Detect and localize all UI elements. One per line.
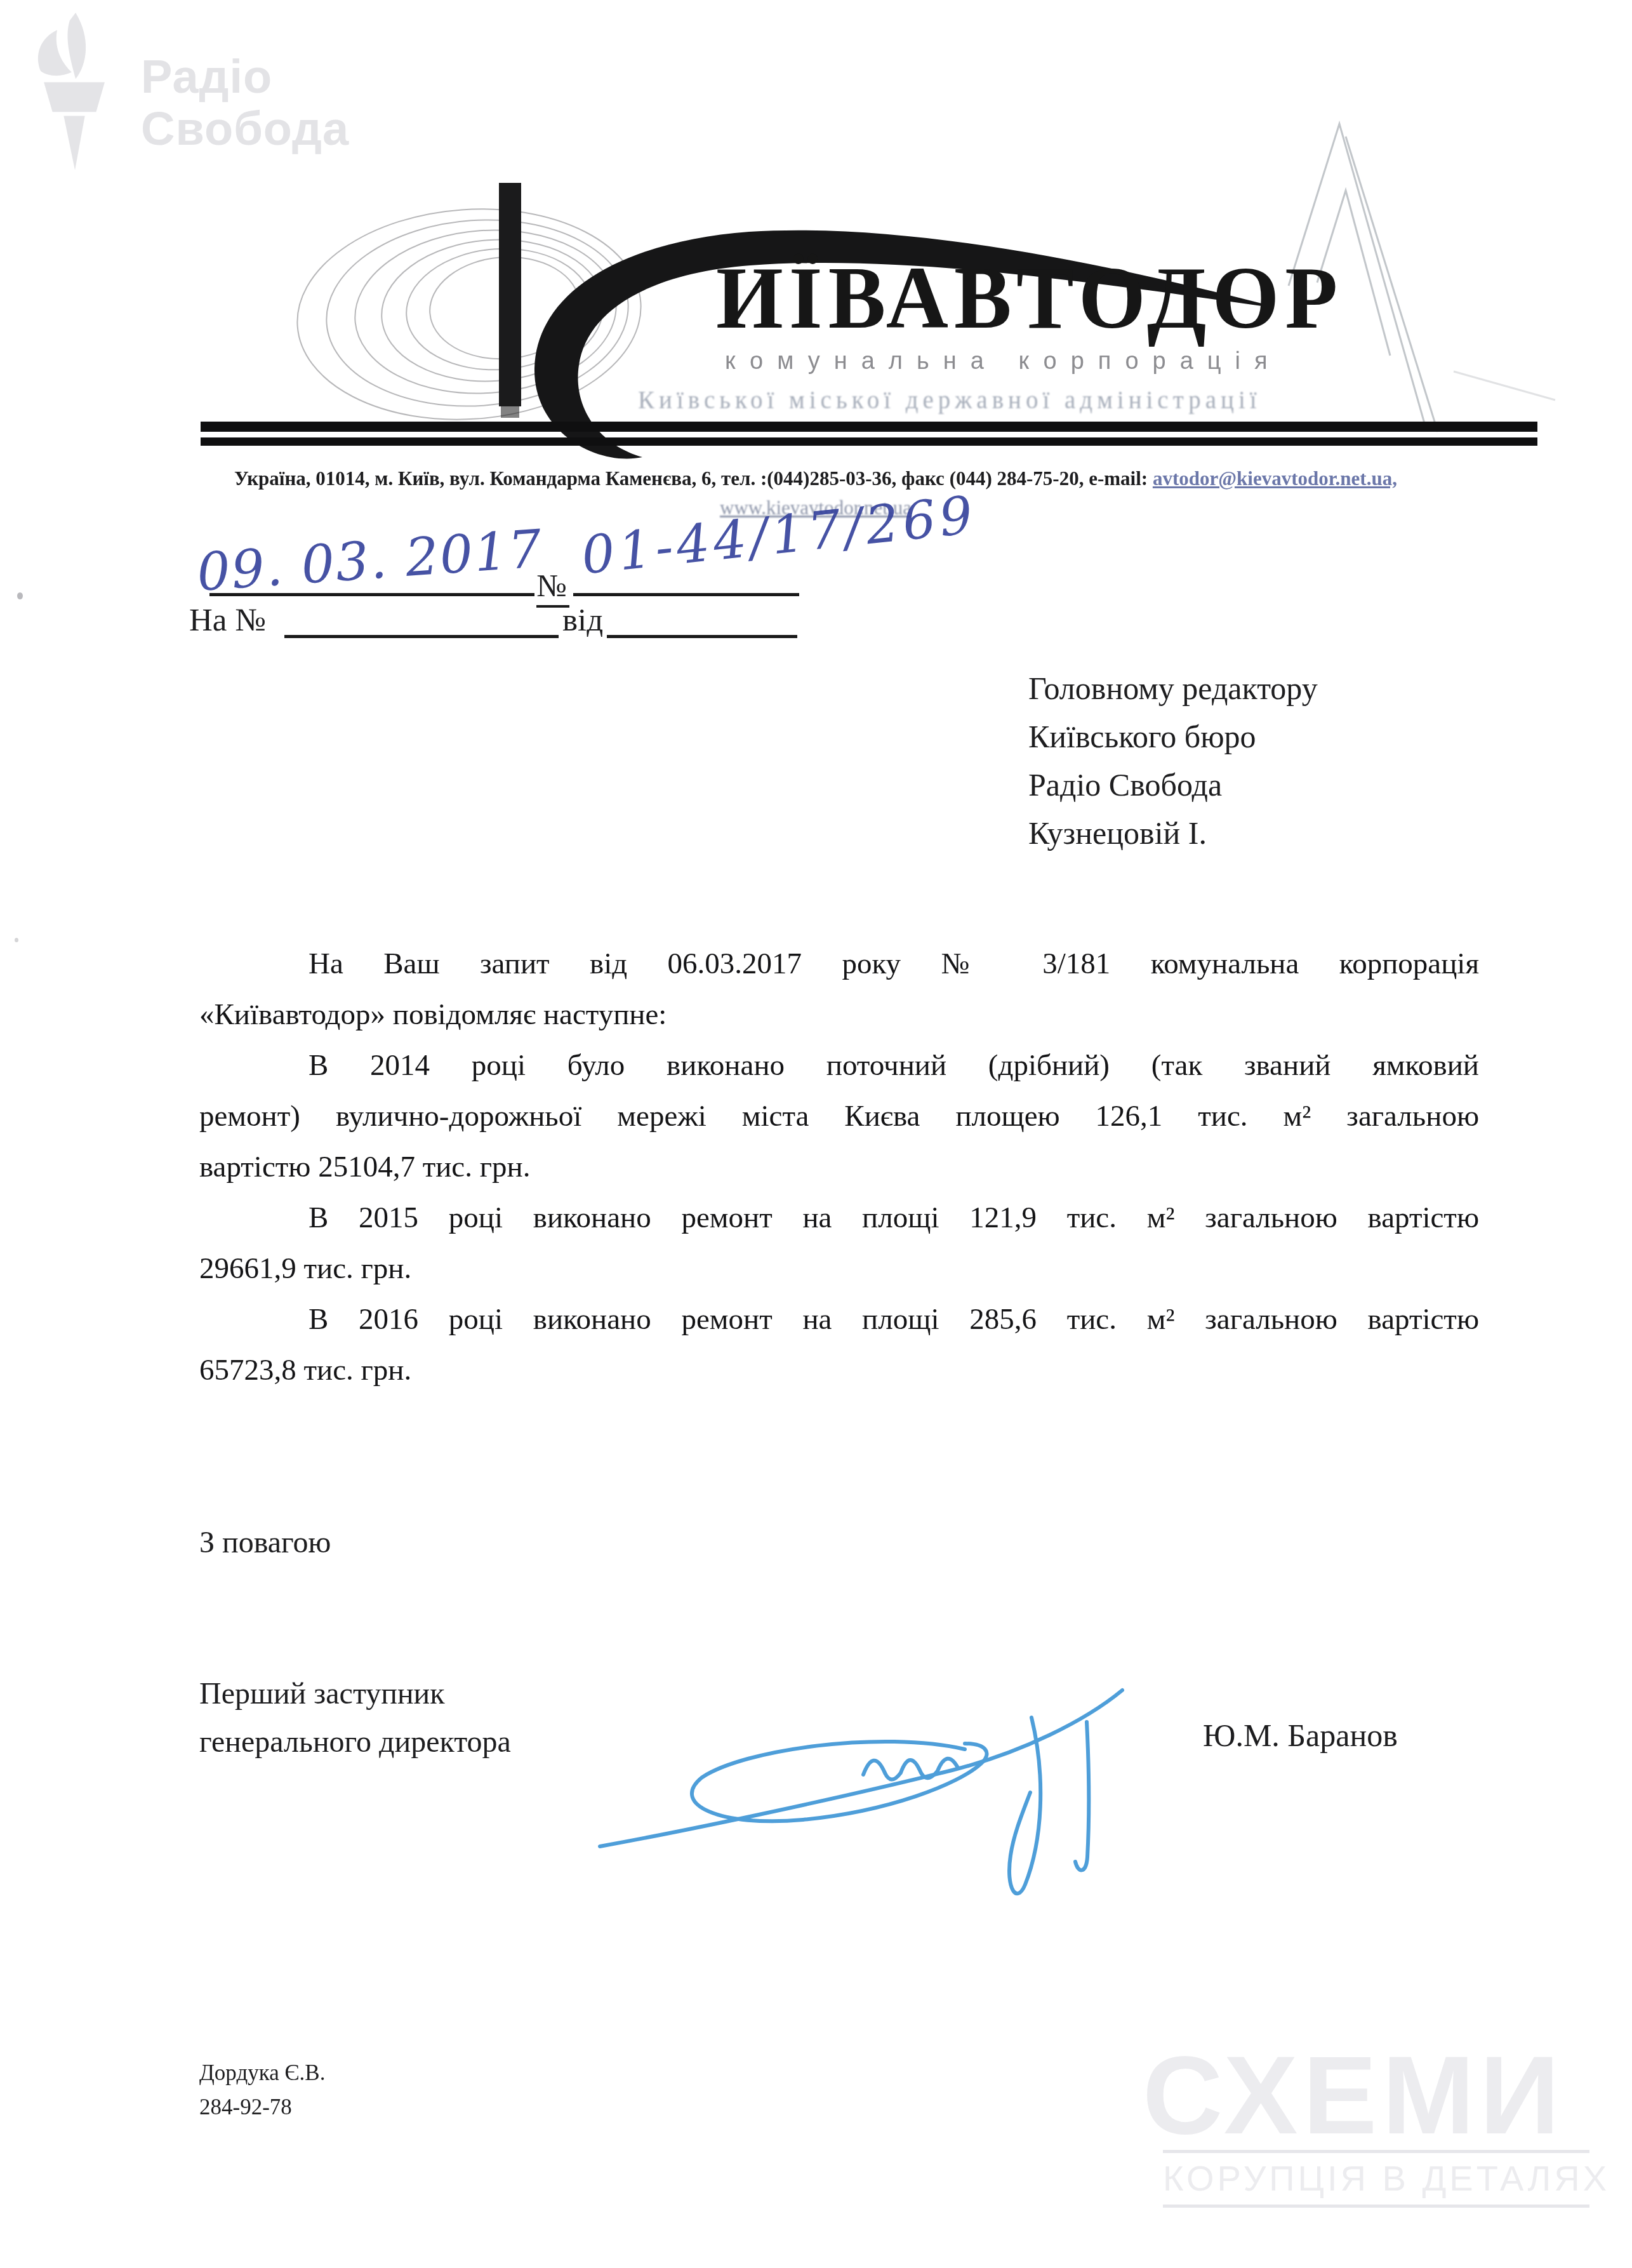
schemy-watermark-title: СХЕМИ — [1143, 2032, 1587, 2159]
logo-subtitle: комунальна корпорація — [725, 348, 1282, 375]
logo-k-stem — [499, 183, 521, 406]
recipient-block: Головному редактору Київського бюро Раді… — [1028, 664, 1318, 857]
recipient-line: Радіо Свобода — [1028, 761, 1318, 809]
schemy-watermark-rule — [1163, 2205, 1589, 2208]
schemy-watermark-rule — [1163, 2150, 1589, 2153]
address-line: Україна, 01014, м. Київ, вул. Командарма… — [86, 467, 1546, 490]
scan-speck — [15, 938, 18, 942]
logo-wordmark: ИЇВАВТОДОР — [716, 248, 1343, 350]
handwritten-date: 09. 03. 2017 — [195, 519, 545, 603]
schemy-watermark-tagline: КОРУПЦІЯ В ДЕТАЛЯХ — [1163, 2158, 1589, 2199]
body-line: «Київавтодор» повідомляє наступне: — [199, 989, 1479, 1040]
from-date-label: від — [562, 602, 603, 639]
executor-phone: 284-92-78 — [199, 2090, 325, 2125]
letterhead-rule-top — [201, 422, 1537, 432]
logo-affiliation: Київської міської державної адміністраці… — [638, 386, 1261, 415]
letter-body: На Ваш запит від 06.03.2017 року № 3/181… — [199, 938, 1479, 1396]
body-line: 29661,9 тис. грн. — [199, 1243, 1479, 1294]
body-line: ремонт) вулично-дорожньої мережі міста К… — [199, 1091, 1479, 1142]
body-line: На Ваш запит від 06.03.2017 року № 3/181… — [199, 938, 1479, 989]
scan-speck — [17, 592, 23, 599]
scanned-letter-page: Радіо Свобода ИЇВАВТОДОР комунальна корп… — [0, 0, 1632, 2268]
signature-ink — [584, 1644, 1155, 1918]
executor-name: Дордука Є.В. — [199, 2056, 325, 2090]
reply-to-label: На № — [189, 602, 266, 639]
from-date-underline — [607, 635, 797, 638]
signer-position: Перший заступник генерального директора — [199, 1670, 511, 1766]
position-line: Перший заступник — [199, 1670, 511, 1718]
body-line: В 2014 році було виконано поточний (дріб… — [199, 1040, 1479, 1091]
recipient-line: Головному редактору — [1028, 664, 1318, 712]
address-text: Україна, 01014, м. Київ, вул. Командарма… — [234, 467, 1153, 490]
body-line: вартістю 25104,7 тис. грн. — [199, 1142, 1479, 1192]
signer-name: Ю.М. Баранов — [1203, 1717, 1398, 1754]
position-line: генерального директора — [199, 1718, 511, 1766]
recipient-line: Кузнецовій І. — [1028, 809, 1318, 857]
email-text: avtodor@kievavtodor.net.ua, — [1153, 467, 1397, 490]
executor-block: Дордука Є.В. 284-92-78 — [199, 2056, 325, 2125]
torch-icon — [23, 11, 124, 170]
date-underline — [209, 593, 534, 596]
body-line: В 2015 році виконано ремонт на площі 121… — [199, 1192, 1479, 1243]
body-line: В 2016 році виконано ремонт на площі 285… — [199, 1294, 1479, 1345]
watermark-line: Радіо — [141, 51, 349, 103]
letterhead-rule-bottom — [201, 437, 1537, 446]
body-line: 65723,8 тис. грн. — [199, 1345, 1479, 1396]
number-underline — [573, 593, 799, 596]
recipient-line: Київського бюро — [1028, 712, 1318, 761]
reply-number-underline — [284, 635, 559, 638]
salutation: З повагою — [199, 1525, 331, 1560]
